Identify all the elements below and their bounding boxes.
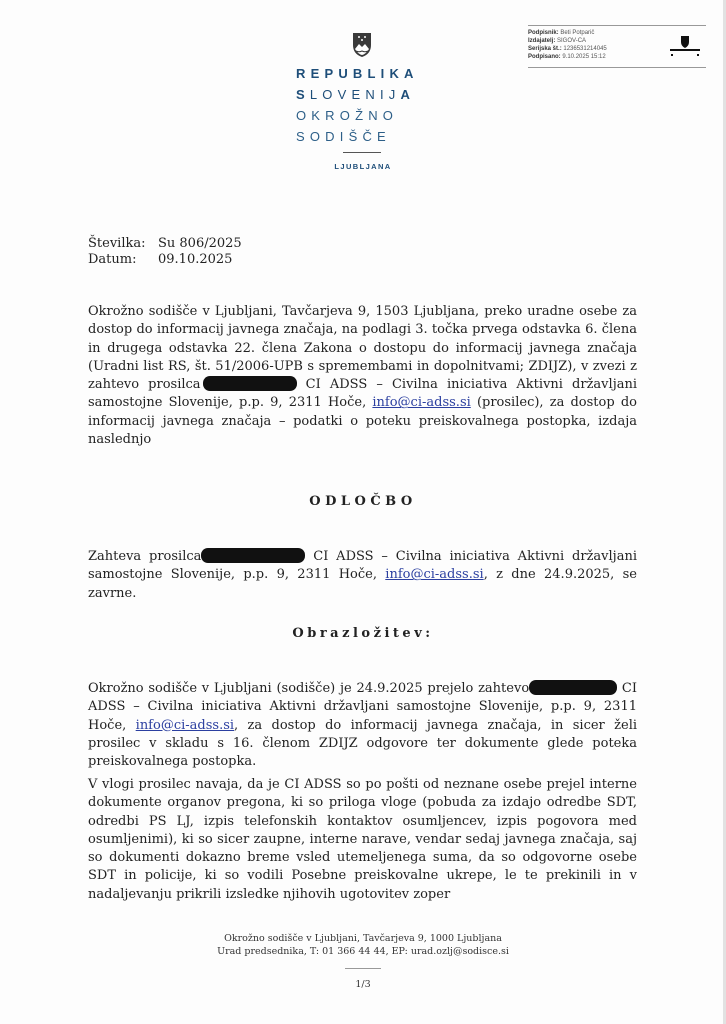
document-meta: Številka:Su 806/2025 Datum:09.10.2025 bbox=[88, 236, 242, 268]
signature-row-serial: Serijska št.: 1236531214045 bbox=[528, 45, 607, 53]
logo-line-sodisce: SODIŠČE bbox=[296, 129, 428, 144]
date-label: Datum: bbox=[88, 252, 158, 268]
footer-address: Okrožno sodišče v Ljubljani, Tavčarjeva … bbox=[0, 932, 726, 958]
logo-line-okrozno: OKROŽNO bbox=[296, 108, 428, 123]
signature-row-signer: Podpisnik: Beti Potparič bbox=[528, 29, 607, 37]
intro-paragraph: Okrožno sodišče v Ljubljani, Tavčarjeva … bbox=[88, 303, 637, 449]
reasoning-heading: Obrazložitev: bbox=[0, 626, 726, 641]
logo-divider bbox=[343, 152, 381, 153]
signature-row-signed: Podpisano: 9.10.2025 15:12 bbox=[528, 53, 607, 61]
decision-paragraph: Zahteva prosilca CI ADSS – Civilna inici… bbox=[88, 548, 637, 603]
divider bbox=[528, 67, 706, 68]
redaction bbox=[201, 548, 305, 563]
email-link[interactable]: info@ci-adss.si bbox=[385, 567, 483, 582]
date-value: 09.10.2025 bbox=[158, 252, 232, 267]
number-label: Številka: bbox=[88, 236, 158, 252]
slovenia-coat-of-arms-icon bbox=[352, 32, 372, 58]
redaction bbox=[529, 680, 617, 695]
number-value: Su 806/2025 bbox=[158, 236, 242, 251]
email-link[interactable]: info@ci-adss.si bbox=[136, 718, 234, 733]
email-link[interactable]: info@ci-adss.si bbox=[372, 395, 470, 410]
decision-heading: ODLOČBO bbox=[0, 494, 726, 509]
logo-line-republika: REPUBLIKA bbox=[296, 66, 428, 81]
reasoning-paragraph-2: V vlogi prosilec navaja, da je CI ADSS s… bbox=[88, 776, 637, 904]
divider bbox=[528, 25, 706, 26]
signature-stamp-icon bbox=[668, 34, 702, 58]
redaction bbox=[203, 376, 297, 391]
logo-city: LJUBLJANA bbox=[0, 162, 726, 171]
signature-row-issuer: Izdajatelj: SIGOV-CA bbox=[528, 37, 607, 45]
logo-line-slovenija: SLOVENIJA bbox=[296, 87, 428, 102]
digital-signature-block: Podpisnik: Beti Potparič Izdajatelj: SIG… bbox=[528, 25, 706, 67]
footer-divider bbox=[345, 968, 381, 969]
reasoning-paragraph-1: Okrožno sodišče v Ljubljani (sodišče) je… bbox=[88, 680, 637, 771]
page-number: 1/3 bbox=[0, 978, 726, 991]
